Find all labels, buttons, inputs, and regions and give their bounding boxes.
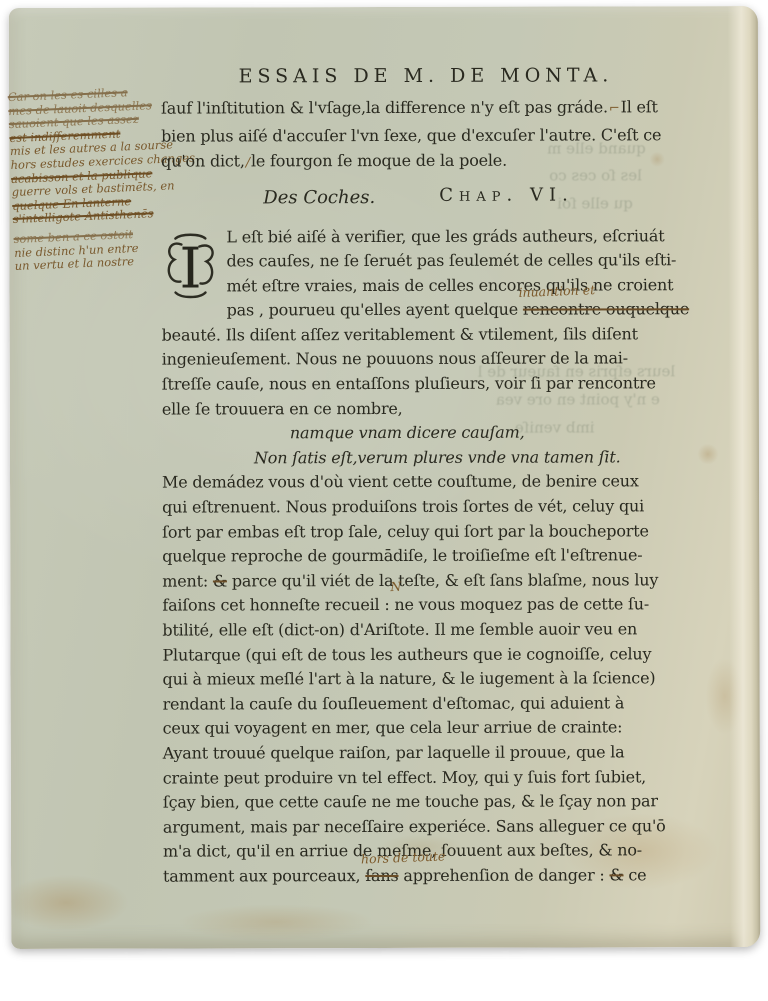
drop-cap-letter: I [179, 236, 201, 301]
marginalia-block: Car on les es cilles ames de lauoit desq… [8, 85, 175, 274]
hand-insertion: hors de toute [361, 850, 446, 865]
struck-text: & [609, 863, 623, 888]
print-line: ſort par embas eſt trop ſale, celuy qui … [162, 519, 677, 545]
hand-insertion: N [390, 581, 401, 593]
chapter-number: Chap. VI. [439, 184, 574, 205]
print-line: qui eſtrenuent. Nous produiſons trois ſo… [162, 494, 677, 520]
print-line: bien plus aiſé d'accuſer l'vn ſexe, que … [161, 122, 676, 149]
page-edge [728, 6, 760, 947]
print-line: qui à mieux meſlé l'art à la nature, & l… [162, 666, 677, 692]
hand-insertion: inuantion et [519, 284, 596, 299]
main-paragraph: Me demádez vous d'où vient cette couſtum… [162, 470, 678, 889]
print-line: rendant la cauſe du ſouſleuement d'eſtom… [163, 691, 678, 717]
print-line: ceux qui voyagent en mer, que cela leur … [163, 716, 678, 742]
print-line: crainte peut produire vn tel effect. Moy… [163, 765, 678, 791]
print-line: Me demádez vous d'où vient cette couſtum… [162, 470, 677, 496]
running-header: ESSAIS DE M. DE MONTA. [191, 64, 661, 87]
struck-text: & [213, 569, 227, 594]
print-line: namque vnam dicere cauſam, [290, 420, 677, 446]
struck-text: ⌐ [608, 94, 621, 122]
print-line: ingenieuſement. Nous ne pouuons nous aſſ… [162, 347, 677, 373]
print-line: btilité, elle eſt (dict-on) d'Ariſtote. … [162, 617, 677, 643]
chapter-title: Des Coches. [263, 187, 375, 208]
chapter-heading: Des Coches. Chap. VI. [161, 182, 676, 219]
print-line: qu'on dict,∕le fourgon ſe moque de la po… [161, 147, 676, 176]
text-column: ESSAIS DE M. DE MONTA. ſauf l'inſtitutio… [161, 64, 678, 889]
print-line: mét eſtre vraies, mais de celles encores… [161, 273, 676, 299]
print-line: beauté. Ils diſent aſſez veritablement &… [162, 322, 677, 348]
book-page: quand elle m les ſo ces co qu elle ſoi l… [9, 6, 760, 949]
body-text: I L eſt bié aiſé à verifier, que les grá… [161, 224, 678, 889]
print-line: Plutarque (qui eſt de tous les autheurs … [162, 642, 677, 668]
print-line: des cauſes, ne ſe ſeruét pas ſeulemét de… [161, 248, 676, 274]
latin-quote: namque vnam dicere cauſam,Non ſatis eſt,… [162, 420, 677, 471]
opening-paragraph: L eſt bié aiſé à verifier, que les gráds… [161, 224, 677, 422]
corrected-text: hors de touteſans [365, 864, 398, 889]
print-line: ſtreſſe cauſe, nous en entaſſons pluſieu… [162, 371, 677, 397]
print-line: ment: & parce qu'il viét de la teſte, & … [162, 568, 677, 594]
print-line: tamment aux pourceaux, hors de touteſans… [163, 863, 678, 889]
show-through-block: quand elle m les ſo ces co qu elle ſoi l… [9, 6, 758, 8]
print-line: elle ſe trouuera en ce nombre, [162, 396, 677, 422]
struck-text: ∕ [245, 148, 251, 176]
drop-cap: I [161, 230, 219, 302]
print-line: argument, mais par neceſſaire experiéce.… [163, 814, 678, 840]
intro-paragraph: ſauf l'inſtitution & l'vſage,la differen… [161, 94, 676, 176]
print-line: ſçay bien, que cette cauſe ne me touche … [163, 789, 678, 815]
print-line: quelque reproche de gourmādiſe, le troiſ… [162, 543, 677, 569]
corrected-text: Nne [394, 593, 413, 618]
struck-text: quelque [625, 297, 689, 322]
print-line: ſauf l'inſtitution & l'vſage,la differen… [161, 94, 676, 123]
print-line: pas , pourueu qu'elles ayent quelque inu… [162, 298, 677, 324]
print-line: L eſt bié aiſé à verifier, que les gráds… [161, 224, 676, 250]
print-line: Non ſatis eſt,verum plures vnde vna tame… [254, 445, 677, 471]
print-line: Ayant trouué quelque raiſon, par laquell… [163, 740, 678, 766]
corrected-text: inuantion etrencontre ou [523, 298, 626, 323]
print-line: faiſons cet honneſte recueil : Nne vous … [162, 593, 677, 619]
